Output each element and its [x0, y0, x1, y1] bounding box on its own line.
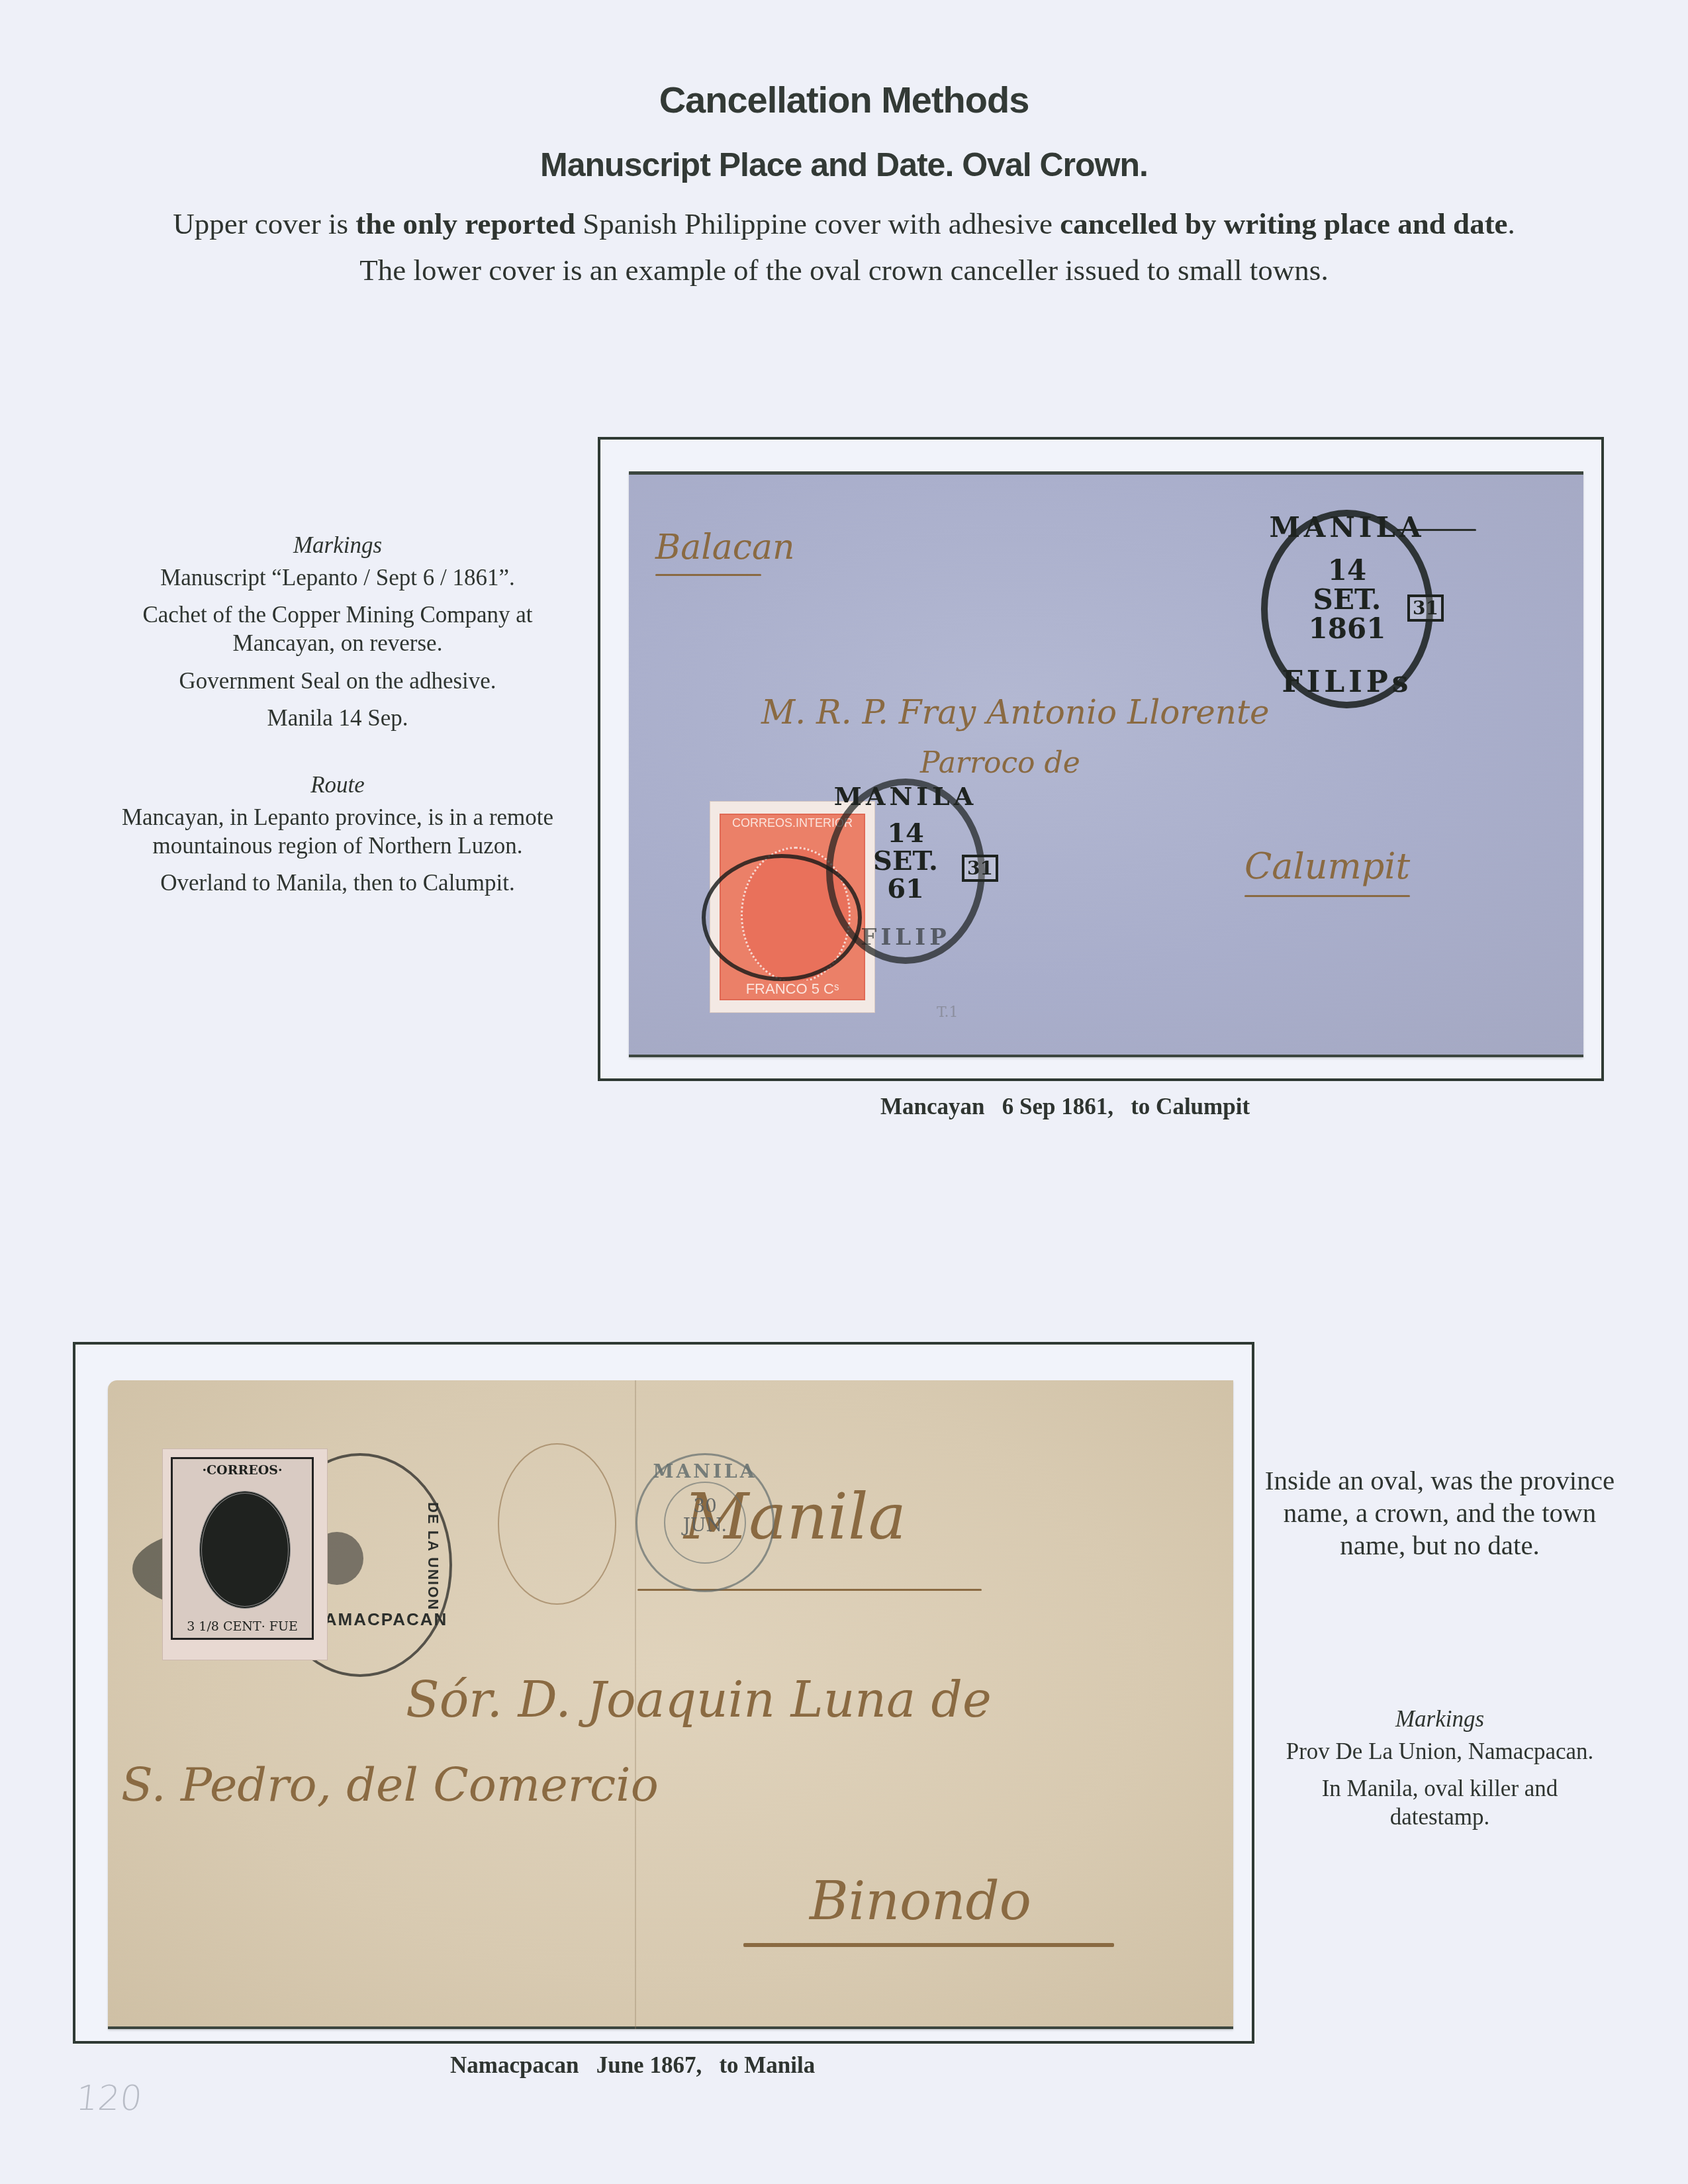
- page-subtitle: Manuscript Place and Date. Oval Crown.: [0, 146, 1688, 184]
- markings-heading: Markings: [1281, 1705, 1599, 1734]
- route-item: Mancayan, in Lepanto province, is in a r…: [93, 804, 583, 860]
- manila-datestamp-icon: MANILA 14SET.1861 31 FILIPs: [1261, 510, 1433, 708]
- pencil-note: T.1: [937, 1004, 958, 1021]
- lower-cover-caption: Namacpacan June 1867, to Manila: [450, 2052, 815, 2079]
- stamp-bottom-label: FRANCO 5 Cˢ: [721, 980, 864, 998]
- manuscript-balacan: Balacan: [655, 528, 794, 567]
- marking-item: In Manila, oval killer and datestamp.: [1281, 1775, 1599, 1831]
- page-number: 120: [74, 2079, 144, 2118]
- marking-item: Cachet of the Copper Mining Company at M…: [93, 601, 583, 657]
- queen-portrait-icon: [199, 1491, 291, 1609]
- marking-item: Government Seal on the adhesive.: [93, 667, 583, 696]
- upper-cover-caption: Mancayan 6 Sep 1861, to Calumpit: [880, 1094, 1250, 1120]
- manuscript-binondo: Binondo: [810, 1870, 1031, 1932]
- manuscript-addressee: M. R. P. Fray Antonio Llorente: [761, 693, 1270, 732]
- intro-line-1: Upper cover is the only reported Spanish…: [0, 207, 1688, 241]
- markings-heading: Markings: [93, 532, 583, 560]
- manuscript-parroco: Parroco de: [920, 746, 1080, 780]
- upper-notes: Markings Manuscript “Lepanto / Sept 6 / …: [93, 532, 583, 907]
- manila-datestamp-icon: MANILA 14SET.61 31 FILIP: [826, 779, 985, 964]
- page-title: Cancellation Methods: [0, 78, 1688, 121]
- manuscript-addressee: Sór. D. Joaquin Luna de: [406, 1672, 992, 1729]
- manuscript-oval-mark: [498, 1443, 616, 1605]
- manuscript-calumpit: Calumpit: [1244, 845, 1410, 887]
- oval-crown-town: NAMACPACAN: [310, 1609, 447, 1630]
- manuscript-street: S. Pedro, del Comercio: [121, 1758, 659, 1812]
- oval-crown-province: DE LA UNION: [415, 1502, 442, 1611]
- lower-description: Inside an oval, was the province name, a…: [1261, 1464, 1618, 1562]
- route-item: Overland to Manila, then to Calumpit.: [93, 869, 583, 898]
- intro-line-2: The lower cover is an example of the ova…: [0, 253, 1688, 287]
- stamp-3-1-8-cent: ·CORREOS· 3 1/8 CENT· FUE: [162, 1448, 328, 1660]
- route-heading: Route: [93, 771, 583, 800]
- stamp-bottom-label: 3 1/8 CENT· FUE: [173, 1619, 312, 1634]
- marking-item: Manuscript “Lepanto / Sept 6 / 1861”.: [93, 564, 583, 593]
- stamp-top-label: ·CORREOS·: [173, 1463, 312, 1478]
- manila-datestamp-icon: MANILA 30JUN.: [635, 1453, 774, 1592]
- marking-item: Manila 14 Sep.: [93, 704, 583, 733]
- marking-item: Prov De La Union, Namacpacan.: [1281, 1738, 1599, 1766]
- lower-notes: Markings Prov De La Union, Namacpacan. I…: [1281, 1705, 1599, 1841]
